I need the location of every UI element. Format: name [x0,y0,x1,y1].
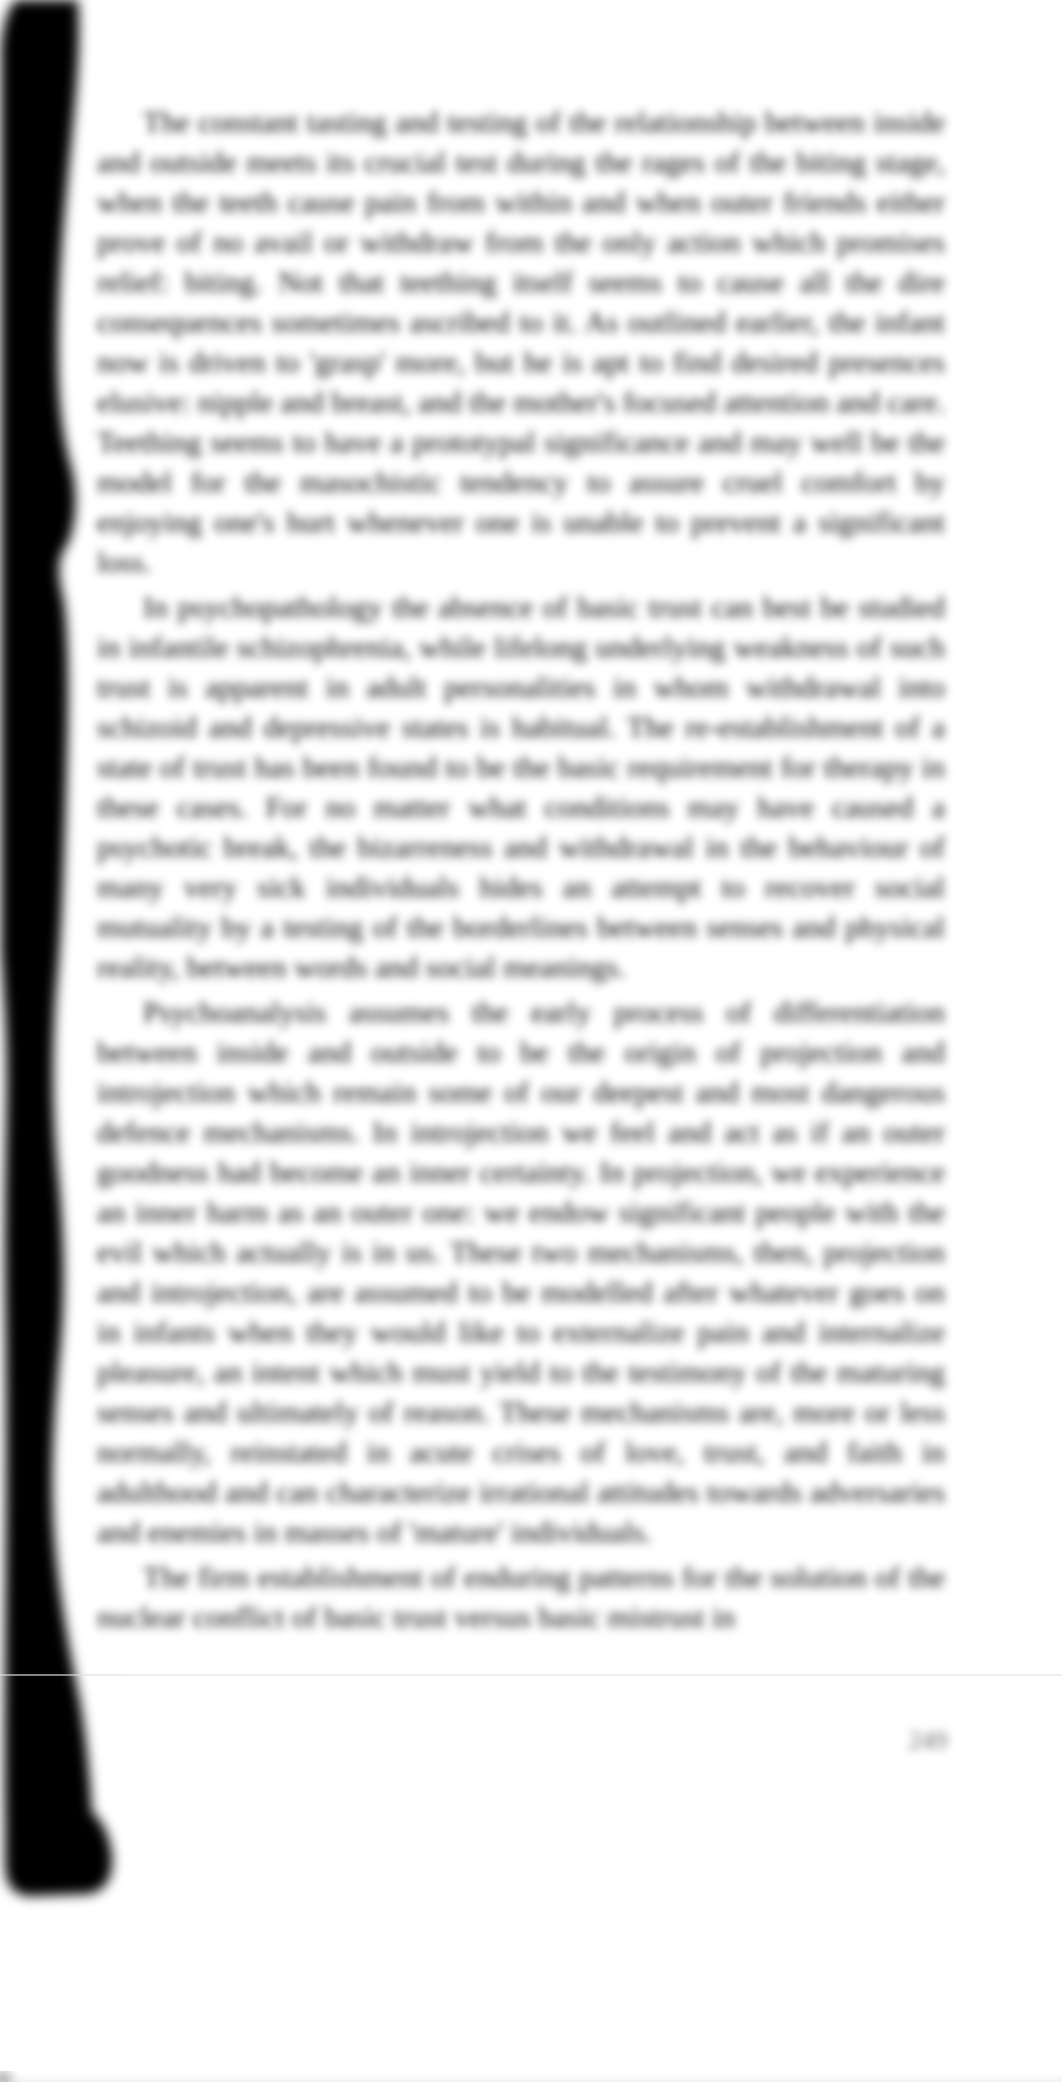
bottom-edge-shade [0,2074,1062,2082]
page-text: The constant tasting and testing of the … [97,103,945,1643]
scan-artifact-line-over-binding [0,1674,122,1676]
paragraph-3: Psychoanalysis assumes the early process… [97,993,945,1553]
binding-shadow-shape [1,0,112,1896]
scan-artifact-line [0,1674,1062,1676]
page-number: 249 [891,1726,965,1756]
paragraph-2: In psychopathology the absence of basic … [97,588,945,988]
paragraph-1: The constant tasting and testing of the … [97,103,945,583]
scanned-book-page: The constant tasting and testing of the … [0,0,1062,2082]
paragraph-4: The firm establishment of enduring patte… [97,1558,945,1638]
